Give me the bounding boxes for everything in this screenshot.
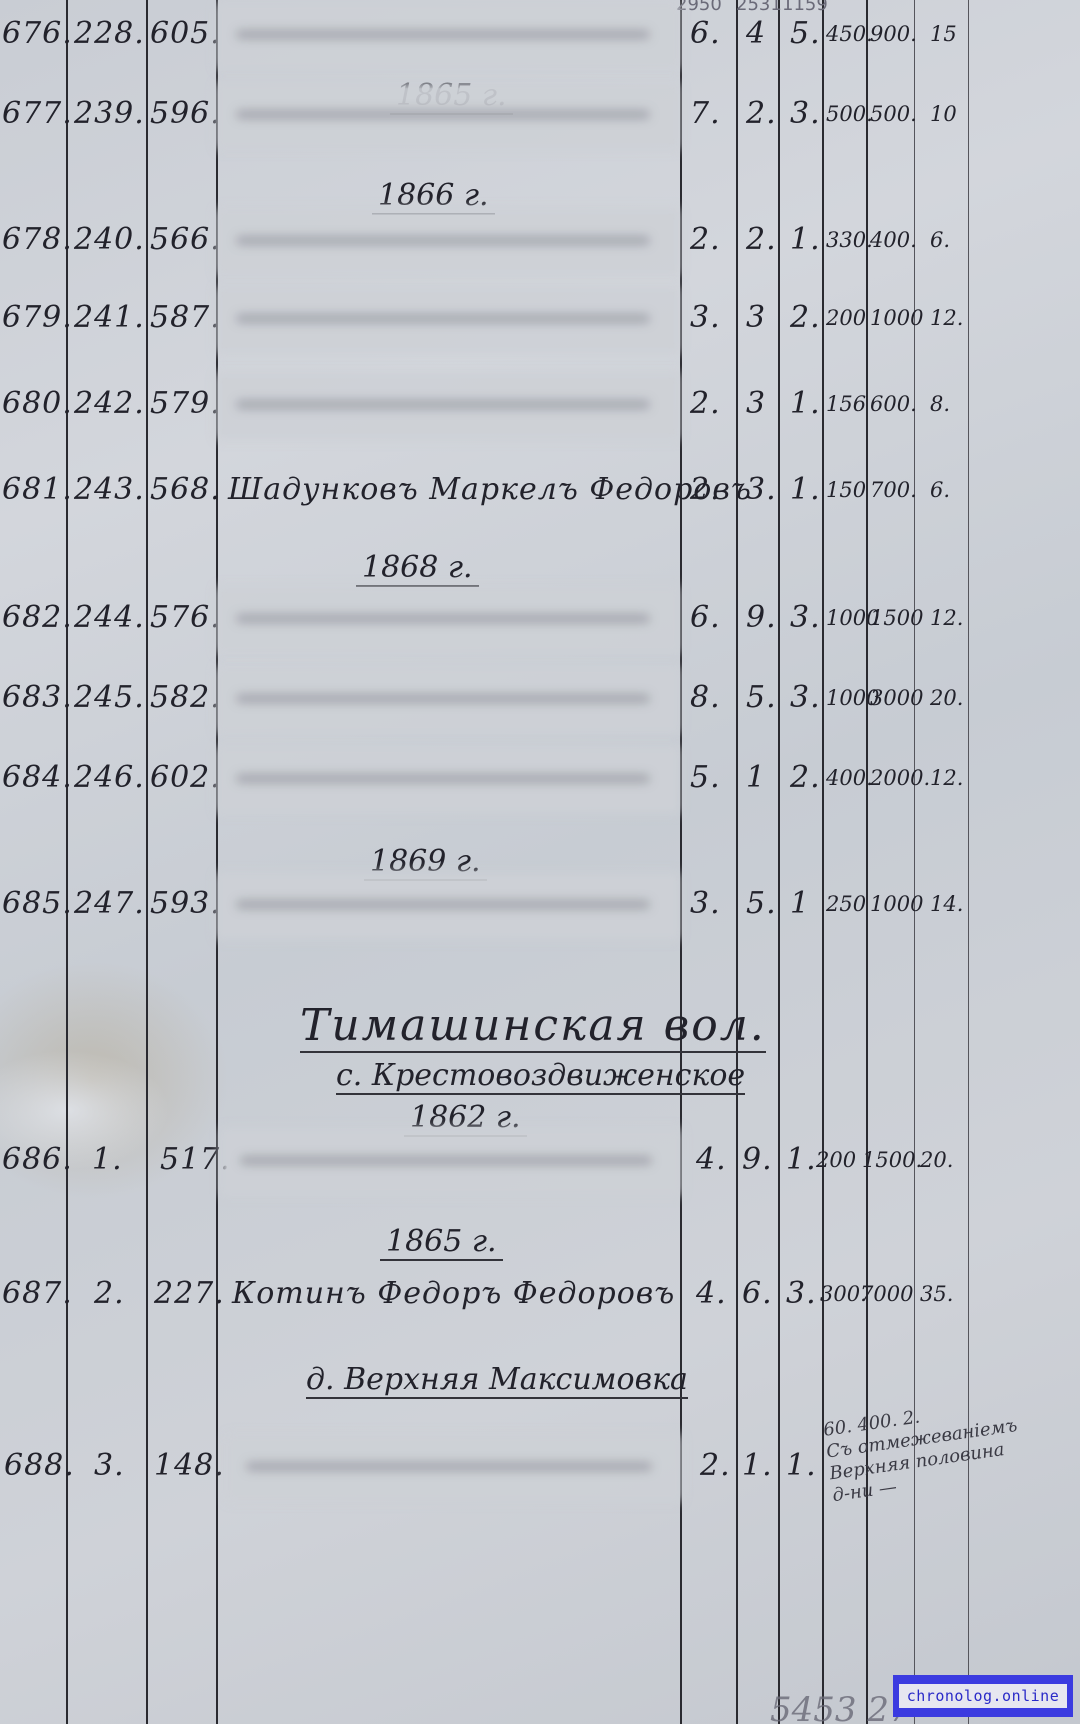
- ref-number: 517.: [160, 1142, 231, 1177]
- ref-number: 587.: [150, 300, 221, 335]
- col1-value: 2.: [690, 472, 721, 507]
- col5-value: 7000: [860, 1282, 913, 1306]
- sub-number: 247.: [74, 886, 145, 921]
- col3-value: 3.: [786, 1276, 817, 1311]
- redacted-name: [222, 752, 674, 808]
- col4-value: 400.: [826, 766, 873, 790]
- col2-value: 5.: [746, 886, 777, 921]
- col3-value: 3.: [790, 96, 821, 131]
- col3-value: 2.: [790, 760, 821, 795]
- volost-heading: Тимашинская вол.: [300, 1000, 766, 1053]
- year-label: 1865 г.: [380, 1224, 503, 1261]
- col4-value: 200: [816, 1148, 856, 1172]
- col2-value: 3: [746, 386, 766, 421]
- ref-number: 602.: [150, 760, 221, 795]
- redacted-name: [222, 378, 674, 434]
- watermark-text: chronolog.online: [899, 1684, 1068, 1708]
- column-total: 2950: [676, 0, 722, 15]
- sub-number: 240.: [74, 222, 145, 257]
- table-row: 676. 228. 605. 6. 4 5. 450. 900. 15: [0, 16, 1080, 76]
- table-row: 683. 245. 582. 8. 5. 3. 1000 3000 20.: [0, 680, 1080, 740]
- col1-value: 2.: [690, 386, 721, 421]
- table-row: 686. 1. 517. 4. 9. 1. 200 1500. 20.: [0, 1142, 1080, 1202]
- entry-number: 686.: [2, 1142, 73, 1177]
- year-label: 1868 г.: [356, 550, 479, 587]
- entry-number: 676.: [2, 16, 73, 51]
- sub-number: 242.: [74, 386, 145, 421]
- entry-number: 677.: [2, 96, 73, 131]
- col6-value: 10: [930, 102, 957, 126]
- col3-value: 5.: [790, 16, 821, 51]
- entry-number: 682.: [2, 600, 73, 635]
- year-label: 1862 г.: [404, 1100, 527, 1137]
- table-row: 685. 247. 593. 3. 5. 1 250 1000 14.: [0, 886, 1080, 946]
- col6-value: 12.: [930, 306, 963, 330]
- col1-value: 7.: [690, 96, 721, 131]
- col5-value: 600.: [870, 392, 917, 416]
- col4-value: 450.: [826, 22, 873, 46]
- ref-number: 605.: [150, 16, 221, 51]
- ref-number: 596.: [150, 96, 221, 131]
- redacted-name: [222, 8, 674, 64]
- sub-number: 1.: [92, 1142, 123, 1177]
- col2-value: 2.: [746, 222, 777, 257]
- col2-value: 4: [746, 16, 766, 51]
- col3-value: 1: [790, 886, 810, 921]
- ref-number: 148.: [154, 1448, 225, 1483]
- col6-value: 20.: [920, 1148, 953, 1172]
- watermark-badge: chronolog.online: [893, 1675, 1073, 1717]
- redacted-name: [222, 592, 674, 648]
- col5-value: 400.: [870, 228, 917, 252]
- col3-value: 1.: [790, 386, 821, 421]
- village-heading: с. Крестовоздвиженское: [336, 1058, 745, 1095]
- col2-value: 9.: [742, 1142, 773, 1177]
- ref-number: 227.: [154, 1276, 225, 1311]
- col6-value: 8.: [930, 392, 950, 416]
- ledger-page: 2950 2531 1159 676. 228. 605. 6. 4 5. 45…: [0, 0, 1080, 1724]
- redacted-name: [226, 1134, 676, 1190]
- col1-value: 2.: [690, 222, 721, 257]
- col6-value: 14.: [930, 892, 963, 916]
- table-row: 679. 241. 587. 3. 3 2. 200 1000 12.: [0, 300, 1080, 360]
- col5-value: 1500.: [862, 1148, 922, 1172]
- col5-value: 1000: [870, 306, 923, 330]
- redacted-name: [222, 292, 674, 348]
- sub-number: 2.: [94, 1276, 125, 1311]
- sub-number: 239.: [74, 96, 145, 131]
- entry-number: 680.: [2, 386, 73, 421]
- col3-value: 2.: [790, 300, 821, 335]
- sub-number: 228.: [74, 16, 145, 51]
- entry-number: 681.: [2, 472, 73, 507]
- col4-value: 156: [826, 392, 866, 416]
- col3-value: 3.: [790, 680, 821, 715]
- redacted-name: [232, 1440, 676, 1496]
- col4-value: 150: [826, 478, 866, 502]
- col6-value: 6.: [930, 478, 950, 502]
- table-row: 677. 239. 596. 7. 2. 3. 500. 500. 10: [0, 96, 1080, 156]
- pencil-scribble: 5453 27: [770, 1690, 911, 1724]
- redacted-name: [222, 672, 674, 728]
- ref-number: 593.: [150, 886, 221, 921]
- col4-value: 200: [826, 306, 866, 330]
- sub-number: 3.: [94, 1448, 125, 1483]
- sub-number: 244.: [74, 600, 145, 635]
- col2-value: 6.: [742, 1276, 773, 1311]
- sub-number: 241.: [74, 300, 145, 335]
- col1-value: 3.: [690, 886, 721, 921]
- column-total: 1159: [782, 0, 828, 15]
- hamlet-heading: д. Верхняя Максимовка: [306, 1362, 688, 1399]
- entry-number: 684.: [2, 760, 73, 795]
- table-row: 687. 2. 227. Котинъ Федоръ Федоровъ 4. 6…: [0, 1276, 1080, 1336]
- col6-value: 15: [930, 22, 957, 46]
- col2-value: 1: [746, 760, 766, 795]
- col1-value: 2.: [700, 1448, 731, 1483]
- person-name: Шадунковъ Маркелъ Федоровъ: [228, 472, 752, 507]
- sub-number: 243.: [74, 472, 145, 507]
- col1-value: 3.: [690, 300, 721, 335]
- redacted-name: [222, 214, 674, 270]
- col2-value: 5.: [746, 680, 777, 715]
- table-row: 684. 246. 602. 5. 1 2. 400. 2000. 12.: [0, 760, 1080, 820]
- table-row: 682. 244. 576. 6. 9. 3. 1000 1500 12.: [0, 600, 1080, 660]
- col6-value: 6.: [930, 228, 950, 252]
- col6-value: 35.: [920, 1282, 953, 1306]
- col3-value: 3.: [790, 600, 821, 635]
- ref-number: 568.: [150, 472, 221, 507]
- col4-value: 330.: [826, 228, 873, 252]
- table-row: 680. 242. 579. 2. 3 1. 156 600. 8.: [0, 386, 1080, 446]
- col5-value: 500.: [870, 102, 917, 126]
- col1-value: 6.: [690, 16, 721, 51]
- col1-value: 4.: [696, 1276, 727, 1311]
- table-row: 678. 240. 566. 2. 2. 1. 330. 400. 6.: [0, 222, 1080, 282]
- ref-number: 582.: [150, 680, 221, 715]
- ref-number: 566.: [150, 222, 221, 257]
- entry-number: 683.: [2, 680, 73, 715]
- redacted-name: [222, 878, 674, 934]
- col1-value: 5.: [690, 760, 721, 795]
- col6-value: 20.: [930, 686, 963, 710]
- col4-value: 250: [826, 892, 866, 916]
- col1-value: 8.: [690, 680, 721, 715]
- entry-number: 687.: [2, 1276, 73, 1311]
- col3-value: 1.: [790, 472, 821, 507]
- col5-value: 900.: [870, 22, 917, 46]
- sub-number: 246.: [74, 760, 145, 795]
- redacted-name: [222, 88, 674, 144]
- col2-value: 2.: [746, 96, 777, 131]
- col1-value: 6.: [690, 600, 721, 635]
- col5-value: 2000.: [870, 766, 930, 790]
- col3-value: 1.: [790, 222, 821, 257]
- table-row: 681. 243. 568. Шадунковъ Маркелъ Федоров…: [0, 472, 1080, 532]
- entry-number: 685.: [2, 886, 73, 921]
- col2-value: 3: [746, 300, 766, 335]
- entry-number: 679.: [2, 300, 73, 335]
- col3-value: 1.: [786, 1142, 817, 1177]
- col6-value: 12.: [930, 606, 963, 630]
- col5-value: 700.: [870, 478, 917, 502]
- col5-value: 1000: [870, 892, 923, 916]
- ref-number: 579.: [150, 386, 221, 421]
- col3-value: 1.: [786, 1448, 817, 1483]
- ref-number: 576.: [150, 600, 221, 635]
- col1-value: 4.: [696, 1142, 727, 1177]
- col2-value: 3.: [746, 472, 777, 507]
- col4-value: 500.: [826, 102, 873, 126]
- year-label: 1869 г.: [364, 844, 487, 881]
- col5-value: 1500: [870, 606, 923, 630]
- entry-number: 688.: [4, 1448, 75, 1483]
- col5-value: 3000: [870, 686, 923, 710]
- sub-number: 245.: [74, 680, 145, 715]
- person-name: Котинъ Федоръ Федоровъ: [232, 1276, 675, 1311]
- column-total: 2531: [736, 0, 782, 15]
- entry-number: 678.: [2, 222, 73, 257]
- col2-value: 9.: [746, 600, 777, 635]
- col2-value: 1.: [742, 1448, 773, 1483]
- year-label: 1866 г.: [372, 178, 495, 215]
- col6-value: 12.: [930, 766, 963, 790]
